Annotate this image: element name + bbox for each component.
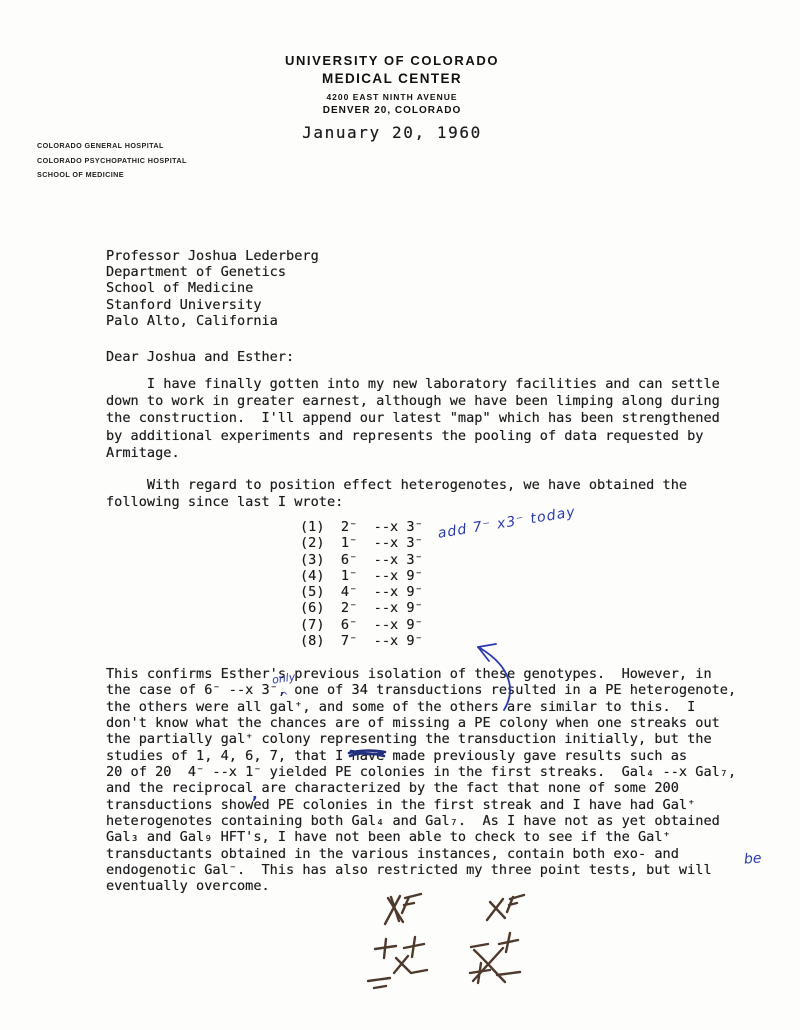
text-line: heterogenotes containing both Gal₄ and G…	[106, 813, 736, 829]
letter-date: January 20, 1960	[0, 123, 784, 142]
salutation: Dear Joshua and Esther:	[106, 349, 294, 365]
text-line: down to work in greater earnest, althoug…	[106, 393, 720, 410]
text-line: Professor Joshua Lederberg	[106, 248, 319, 264]
text-line: don't know what the chances are of missi…	[106, 715, 736, 731]
text-line: COLORADO PSYCHOPATHIC HOSPITAL	[37, 156, 187, 171]
paragraph-2: With regard to position effect heterogen…	[106, 477, 687, 511]
text-line: (4) 1⁻ --x 9⁻	[300, 568, 423, 584]
letterhead-affiliations: COLORADO GENERAL HOSPITALCOLORADO PSYCHO…	[37, 141, 187, 185]
salutation-text: Dear Joshua and Esther:	[106, 349, 294, 365]
text-line: studies of 1, 4, 6, 7, that I have made …	[106, 748, 736, 764]
text-line: School of Medicine	[106, 280, 319, 296]
paragraph-1: I have finally gotten into my new labora…	[106, 376, 720, 462]
text-line: and the reciprocal are characterized by …	[106, 780, 736, 796]
text-line: the case of 6⁻ --x 3⁻, one of 34 transdu…	[106, 682, 736, 698]
text-line: Stanford University	[106, 297, 319, 313]
text-line: (2) 1⁻ --x 3⁻	[300, 535, 423, 551]
text-line: the partially gal⁺ colony representing t…	[106, 731, 736, 747]
pencil-sketch-right	[470, 895, 524, 983]
text-line: (5) 4⁻ --x 9⁻	[300, 584, 423, 600]
text-line: (3) 6⁻ --x 3⁻	[300, 552, 423, 568]
text-line: the others were all gal⁺, and some of th…	[106, 699, 736, 715]
text-line: Armitage.	[106, 445, 720, 462]
handwritten-inserted-comma: ,	[252, 785, 258, 803]
letterhead-medical-center: MEDICAL CENTER	[0, 71, 784, 86]
text-line: SCHOOL OF MEDICINE	[37, 170, 187, 185]
text-line: following since last I wrote:	[106, 494, 687, 511]
text-line: With regard to position effect heterogen…	[106, 477, 687, 494]
text-line: Gal₃ and Gal₉ HFT's, I have not been abl…	[106, 829, 736, 845]
pencil-sketch-left	[368, 894, 427, 988]
letterhead-city: DENVER 20, COLORADO	[0, 105, 784, 116]
text-line: (8) 7⁻ --x 9⁻	[300, 633, 423, 649]
text-line: Department of Genetics	[106, 264, 319, 280]
text-line: This confirms Esther's previous isolatio…	[106, 666, 736, 682]
genotype-cross-list: (1) 2⁻ --x 3⁻(2) 1⁻ --x 3⁻(3) 6⁻ --x 3⁻(…	[300, 519, 423, 649]
handwritten-caret: ^	[280, 691, 288, 702]
text-line: (7) 6⁻ --x 9⁻	[300, 617, 423, 633]
letterhead-street-address: 4200 EAST NINTH AVENUE	[0, 92, 784, 102]
text-line: Palo Alto, California	[106, 313, 319, 329]
letter-page: UNIVERSITY OF COLORADO MEDICAL CENTER 42…	[0, 0, 800, 1030]
text-line: the construction. I'll append our latest…	[106, 410, 720, 427]
text-line: eventually overcome.	[106, 878, 736, 894]
text-line: transductants obtained in the various in…	[106, 846, 736, 862]
letterhead: UNIVERSITY OF COLORADO MEDICAL CENTER 42…	[0, 53, 784, 142]
text-line: (1) 2⁻ --x 3⁻	[300, 519, 423, 535]
text-line: 20 of 20 4⁻ --x 1⁻ yielded PE colonies i…	[106, 764, 736, 780]
recipient-address: Professor Joshua LederbergDepartment of …	[106, 248, 319, 329]
text-line: transductions showed PE colonies in the …	[106, 797, 736, 813]
text-line: I have finally gotten into my new labora…	[106, 376, 720, 393]
paragraph-3: This confirms Esther's previous isolatio…	[106, 666, 736, 895]
text-line: endogenotic Gal⁻. This has also restrict…	[106, 862, 736, 878]
handwritten-insert-be: be	[743, 850, 762, 867]
text-line: COLORADO GENERAL HOSPITAL	[37, 141, 187, 156]
text-line: by additional experiments and represents…	[106, 428, 720, 445]
text-line: (6) 2⁻ --x 9⁻	[300, 600, 423, 616]
letterhead-university: UNIVERSITY OF COLORADO	[0, 53, 784, 68]
